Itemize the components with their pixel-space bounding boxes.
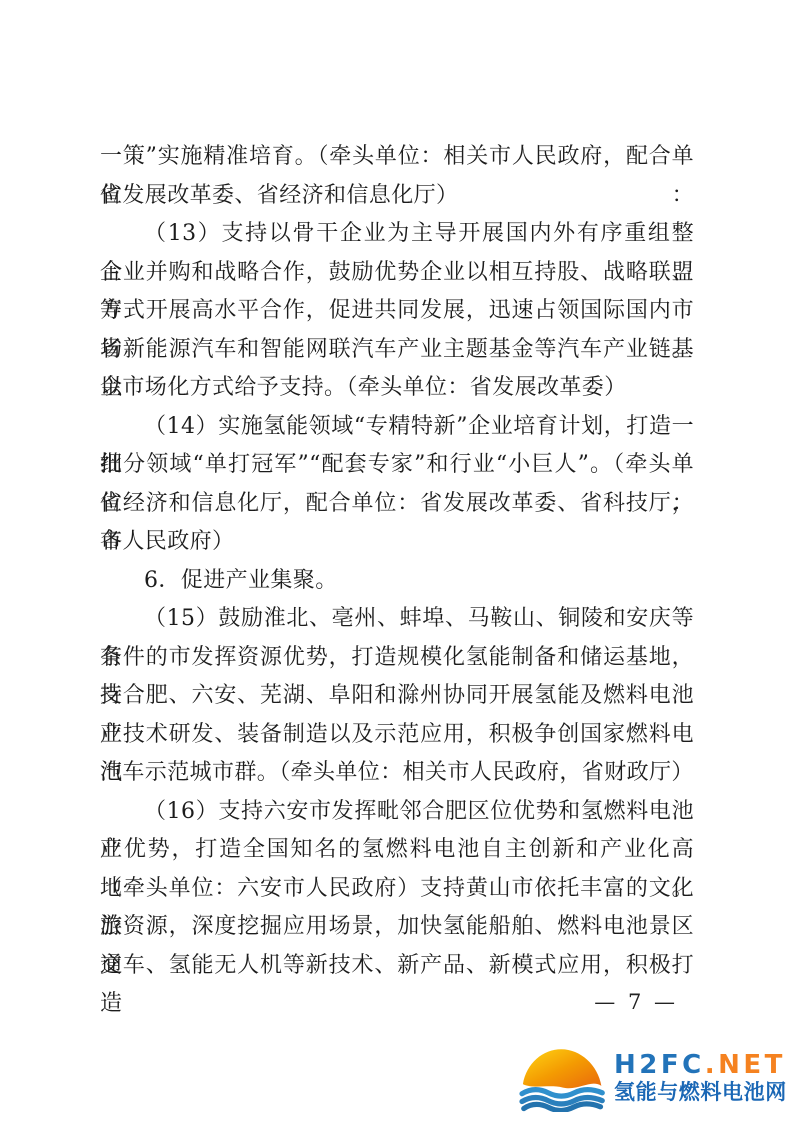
text-line: （14）实施氢能领域“专精特新”企业培育计划，打造一批 xyxy=(100,408,694,447)
text-line: 条件的市发挥资源优势，打造规模化氢能制备和储运基地，支 xyxy=(100,639,694,678)
text-line: 游资源，深度挖掘应用场景，加快氢能船舶、燃料电池景区交 xyxy=(100,908,694,947)
text-line: 通车、氢能无人机等新技术、新产品、新模式应用，积极打造 xyxy=(100,947,694,986)
page-number: — 7 — xyxy=(100,990,694,1014)
sun-waves-icon xyxy=(519,1044,607,1112)
text-line: 汽车示范城市群。（牵头单位：相关市人民政府，省财政厅） xyxy=(100,754,694,793)
text-line: 持合肥、六安、芜湖、阜阳和滁州协同开展氢能及燃料电池产 xyxy=(100,677,694,716)
text-line: （15）鼓励淮北、亳州、蚌埠、马鞍山、铜陵和安庆等有 xyxy=(100,600,694,639)
logo-text-block: H2FC.NET 氢能与燃料电池网 xyxy=(614,1051,787,1105)
document-page: 一策”实施精准培育。（牵头单位：相关市人民政府，配合单位： 省发展改革委、省经济… xyxy=(0,0,794,1123)
text-line: （13）支持以骨干企业为主导开展国内外有序重组整合、 xyxy=(100,215,694,254)
text-line: 业优势，打造全国知名的氢燃料电池自主创新和产业化高地。 xyxy=(100,831,694,870)
text-line: 细分领域“单打冠军”“配套专家”和行业“小巨人”。（牵头单位： xyxy=(100,446,694,485)
logo-title: H2FC.NET xyxy=(614,1051,787,1079)
text-line: 企业并购和战略合作，鼓励优势企业以相互持股、战略联盟等 xyxy=(100,254,694,293)
text-line: 以市场化方式给予支持。（牵头单位：省发展改革委） xyxy=(100,369,694,408)
text-line: （16）支持六安市发挥毗邻合肥区位优势和氢燃料电池产 xyxy=(100,793,694,832)
logo-title-primary: H2FC xyxy=(614,1050,705,1080)
text-line: 省新能源汽车和智能网联汽车产业主题基金等汽车产业链基金 xyxy=(100,331,694,370)
site-logo-watermark: H2FC.NET 氢能与燃料电池网 xyxy=(519,1044,787,1112)
text-line: （牵头单位：六安市人民政府）支持黄山市依托丰富的文化旅 xyxy=(100,870,694,909)
text-line: 方式开展高水平合作，促进共同发展，迅速占领国际国内市场。 xyxy=(100,292,694,331)
section-heading-line: 6．促进产业集聚。 xyxy=(100,562,694,601)
text-line: 省经济和信息化厅，配合单位：省发展改革委、省科技厅，各 xyxy=(100,485,694,524)
logo-subtitle: 氢能与燃料电池网 xyxy=(614,1079,787,1105)
document-body: 一策”实施精准培育。（牵头单位：相关市人民政府，配合单位： 省发展改革委、省经济… xyxy=(100,138,694,985)
text-line: 业技术研发、装备制造以及示范应用，积极争创国家燃料电池 xyxy=(100,716,694,755)
text-line: 一策”实施精准培育。（牵头单位：相关市人民政府，配合单位： xyxy=(100,138,694,177)
text-line: 市人民政府） xyxy=(100,523,694,562)
logo-title-secondary: .NET xyxy=(705,1050,786,1080)
